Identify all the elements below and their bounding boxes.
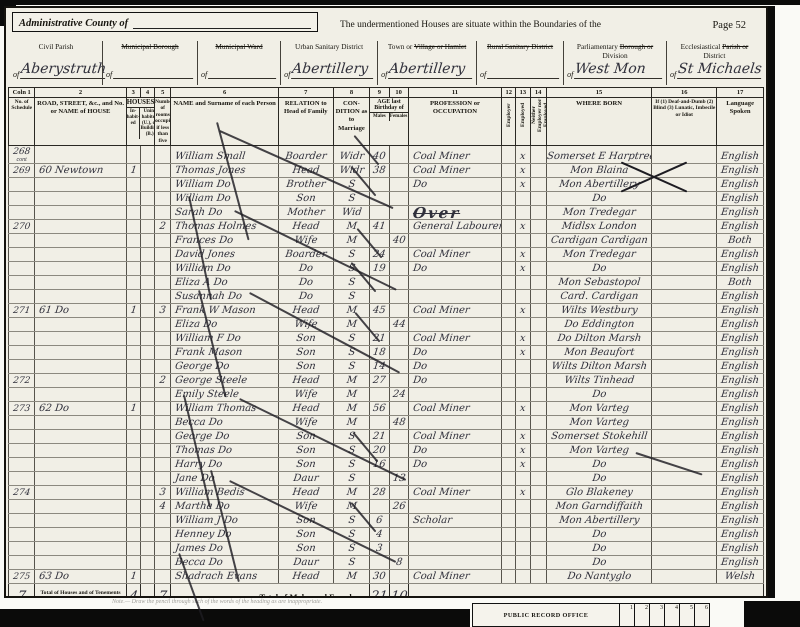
road-cell <box>35 262 126 276</box>
totals-schedule-cell: 7 <box>9 584 35 598</box>
census-row: 270 2 Thomas Holmes Head M 41 General La… <box>9 220 764 234</box>
road-cell <box>35 556 126 570</box>
age-female-cell <box>389 220 408 234</box>
inhabited-cell: 1 <box>126 402 140 416</box>
census-scan: { "page": { "admin_county_label": "Admin… <box>0 0 800 627</box>
road-cell <box>35 220 126 234</box>
occupation-cell <box>408 556 501 570</box>
employed-cell: x <box>516 178 530 192</box>
column-header-row: No. of Schedule ROAD, STREET, &c., and N… <box>9 98 764 146</box>
where-born-cell: Cardigan Cardigan <box>546 234 652 248</box>
where-born-cell: Mon Tredegar <box>546 206 652 220</box>
rooms-cell <box>155 234 171 248</box>
inhabited-cell <box>126 206 140 220</box>
infirmity-cell <box>652 262 717 276</box>
language-cell: English <box>717 514 764 528</box>
infirmity-cell <box>652 220 717 234</box>
infirmity-cell <box>652 542 717 556</box>
rooms-cell <box>155 346 171 360</box>
district-of-label: of <box>567 70 573 79</box>
totals-males-females-label: Total of Males and Females... <box>171 584 370 598</box>
name-cell: William Do <box>171 192 279 206</box>
infirmity-cell <box>652 402 717 416</box>
language-cell: Welsh <box>717 570 764 584</box>
header-relation: RELATION to Head of Family <box>278 98 333 146</box>
district-label-struck: Municipal Ward <box>215 42 262 51</box>
district-label-text: Urban Sanitary District <box>295 42 363 51</box>
employed-cell <box>516 514 530 528</box>
census-row: 4 Martha Do Wife M 26 Mon Garndiffaith E… <box>9 500 764 514</box>
occupation-cell <box>408 472 501 486</box>
language-cell: English <box>717 178 764 192</box>
infirmity-cell <box>652 556 717 570</box>
age-male-cell: 19 <box>370 262 389 276</box>
district-label: Ecclesiastical Parish or District <box>670 42 759 60</box>
condition-cell: S <box>333 290 370 304</box>
uninhabited-cell <box>140 556 154 570</box>
neither-cell <box>530 248 546 262</box>
road-cell <box>35 234 126 248</box>
occupation-cell: General Labourer <box>408 220 501 234</box>
employed-cell <box>516 192 530 206</box>
uninhabited-cell <box>140 318 154 332</box>
relation-cell: Son <box>278 528 333 542</box>
pro-scale-tick: 1 <box>619 604 634 626</box>
age-male-cell: 21 <box>370 430 389 444</box>
inhabited-cell <box>126 374 140 388</box>
inhabited-cell <box>126 500 140 514</box>
employed-cell <box>516 206 530 220</box>
infirmity-cell <box>652 570 717 584</box>
district-box: Municipal Borough of <box>102 41 197 85</box>
neither-cell <box>530 146 546 164</box>
census-row: Henney Do Son S 4 Do English <box>9 528 764 542</box>
district-label: Municipal Borough <box>106 42 194 60</box>
employed-cell: x <box>516 262 530 276</box>
inhabited-cell <box>126 528 140 542</box>
header-condition: CON-DITION as to Marriage <box>333 98 370 146</box>
rooms-cell <box>155 542 171 556</box>
rooms-cell <box>155 318 171 332</box>
relation-cell: Head <box>278 374 333 388</box>
district-label: Urban Sanitary District <box>284 42 374 60</box>
administrative-county-label: Administrative County of <box>19 18 128 29</box>
name-cell: Becca Do <box>171 416 279 430</box>
uninhabited-cell <box>140 276 154 290</box>
col-number: 10 <box>389 88 408 98</box>
road-cell <box>35 472 126 486</box>
employer-cell <box>502 514 516 528</box>
age-female-cell <box>389 248 408 262</box>
condition-cell: M <box>333 486 370 500</box>
employer-cell <box>502 402 516 416</box>
schedule-cell <box>9 290 35 304</box>
employed-cell <box>516 374 530 388</box>
relation-cell: Wife <box>278 388 333 402</box>
uninhabited-cell <box>140 234 154 248</box>
neither-cell <box>530 430 546 444</box>
uninhabited-cell <box>140 192 154 206</box>
inhabited-cell <box>126 234 140 248</box>
road-cell <box>35 458 126 472</box>
occupation-cell: Scholar <box>408 514 501 528</box>
district-box: Parliamentary Borough or Division of Wes… <box>563 41 666 85</box>
schedule-cell: 269 <box>9 164 35 178</box>
census-row: Susannah Do Do S Card. Cardigan English <box>9 290 764 304</box>
inhabited-cell <box>126 542 140 556</box>
schedule-cell <box>9 332 35 346</box>
occupation-cell <box>408 318 501 332</box>
road-cell <box>35 528 126 542</box>
employer-cell <box>502 146 516 164</box>
uninhabited-cell <box>140 388 154 402</box>
census-row: 274 3 William Bedis Head M 28 Coal Miner… <box>9 486 764 500</box>
employer-cell <box>502 318 516 332</box>
language-cell: Both <box>717 276 764 290</box>
relation-cell: Brother <box>278 178 333 192</box>
neither-cell <box>530 360 546 374</box>
neither-cell <box>530 556 546 570</box>
name-cell: David Jones <box>171 248 279 262</box>
infirmity-cell <box>652 360 717 374</box>
rooms-cell: 2 <box>155 220 171 234</box>
rooms-cell <box>155 262 171 276</box>
district-of-label: of <box>381 70 387 79</box>
where-born-cell: Glo Blakeney <box>546 486 652 500</box>
infirmity-cell <box>652 332 717 346</box>
neither-cell <box>530 486 546 500</box>
schedule-cell <box>9 192 35 206</box>
rooms-cell <box>155 472 171 486</box>
language-cell: English <box>717 332 764 346</box>
schedule-cell <box>9 472 35 486</box>
occupation-cell: Do <box>408 262 501 276</box>
language-cell: English <box>717 220 764 234</box>
schedule-cell <box>9 248 35 262</box>
age-male-cell: 40 <box>370 146 389 164</box>
schedule-cell <box>9 346 35 360</box>
uninhabited-cell <box>140 360 154 374</box>
age-male-cell <box>370 472 389 486</box>
district-of-label: of <box>106 70 112 79</box>
age-female-cell: 48 <box>389 416 408 430</box>
col-number: 7 <box>278 88 333 98</box>
age-female-cell: 44 <box>389 318 408 332</box>
employed-cell <box>516 360 530 374</box>
district-value: of St Michaels <box>670 61 759 79</box>
age-female-cell <box>389 304 408 318</box>
occupation-cell: Coal Miner <box>408 164 501 178</box>
uninhabited-cell <box>140 514 154 528</box>
language-cell: English <box>717 318 764 332</box>
relation-cell: Mother <box>278 206 333 220</box>
infirmity-cell <box>652 472 717 486</box>
age-male-cell <box>370 318 389 332</box>
inhabited-cell <box>126 192 140 206</box>
occupation-cell: Do <box>408 444 501 458</box>
census-row: 272 2 George Steele Head M 27 Do Wilts T… <box>9 374 764 388</box>
inhabited-cell <box>126 248 140 262</box>
employer-cell <box>502 164 516 178</box>
infirmity-cell <box>652 206 717 220</box>
district-box: Ecclesiastical Parish or District of St … <box>666 41 762 85</box>
language-cell: English <box>717 248 764 262</box>
inhabited-cell <box>126 514 140 528</box>
language-cell: English <box>717 430 764 444</box>
district-handwritten-value: St Michaels <box>677 61 763 79</box>
header-language: Language Spoken <box>717 98 764 146</box>
uninhabited-cell <box>140 220 154 234</box>
age-male-cell: 30 <box>370 570 389 584</box>
schedule-cell <box>9 178 35 192</box>
language-cell: English <box>717 206 764 220</box>
employer-cell <box>502 234 516 248</box>
neither-cell <box>530 388 546 402</box>
name-cell: Becca Do <box>171 556 279 570</box>
relation-cell: Head <box>278 220 333 234</box>
inhabited-cell <box>126 220 140 234</box>
header-occupation: PROFESSION or OCCUPATION <box>408 98 501 146</box>
district-of-label: of <box>13 70 19 79</box>
census-row: Emily Steele Wife M 24 Do English <box>9 388 764 402</box>
age-female-cell <box>389 374 408 388</box>
employer-cell <box>502 570 516 584</box>
road-cell <box>35 346 126 360</box>
age-female-cell <box>389 570 408 584</box>
census-row: James Do Son S 3 Do English <box>9 542 764 556</box>
infirmity-cell <box>652 234 717 248</box>
district-value: of <box>480 61 560 79</box>
age-female-cell <box>389 528 408 542</box>
neither-cell <box>530 500 546 514</box>
schedule-cell: 268 cont <box>9 146 35 164</box>
inhabited-cell <box>126 472 140 486</box>
neither-cell <box>530 304 546 318</box>
rooms-cell <box>155 444 171 458</box>
age-female-cell <box>389 262 408 276</box>
language-cell: English <box>717 458 764 472</box>
where-born-cell: Do Nantyglo <box>546 570 652 584</box>
neither-cell <box>530 570 546 584</box>
road-cell <box>35 146 126 164</box>
occupation-cell <box>408 388 501 402</box>
pro-scale-tick: 4 <box>664 604 679 626</box>
infirmity-cell <box>652 416 717 430</box>
inhabited-cell <box>126 178 140 192</box>
district-handwritten-value <box>208 61 278 79</box>
occupation-cell: Do <box>408 458 501 472</box>
district-handwritten-value: Abertillery <box>388 61 474 79</box>
schedule-cell: 270 <box>9 220 35 234</box>
occupation-cell: Coal Miner <box>408 304 501 318</box>
district-box: Urban Sanitary District of Abertillery <box>280 41 377 85</box>
road-cell <box>35 360 126 374</box>
where-born-cell: Mon Varteg <box>546 402 652 416</box>
road-cell <box>35 318 126 332</box>
where-born-cell: Mon Abertillery <box>546 514 652 528</box>
neither-cell <box>530 332 546 346</box>
neither-cell <box>530 528 546 542</box>
neither-cell <box>530 458 546 472</box>
language-cell: English <box>717 304 764 318</box>
district-label-text: Parliamentary <box>577 42 618 51</box>
district-of-label: of <box>670 70 676 79</box>
col-number: 13 <box>516 88 530 98</box>
employer-cell <box>502 542 516 556</box>
occupation-cell <box>408 416 501 430</box>
name-cell: William F Do <box>171 332 279 346</box>
road-cell <box>35 542 126 556</box>
name-cell: George Steele <box>171 374 279 388</box>
where-born-cell: Do Eddington <box>546 318 652 332</box>
uninhabited-cell <box>140 304 154 318</box>
uninhabited-cell <box>140 332 154 346</box>
district-of-label: of <box>284 70 290 79</box>
where-born-cell: Somerset Stokehill <box>546 430 652 444</box>
name-cell: Frances Do <box>171 234 279 248</box>
employer-cell <box>502 178 516 192</box>
census-row: William Do Do S 19 Do x Do English <box>9 262 764 276</box>
where-born-cell: Do <box>546 556 652 570</box>
occupation-cell <box>408 542 501 556</box>
neither-cell <box>530 164 546 178</box>
neither-cell <box>530 206 546 220</box>
where-born-cell: Mon Varteg <box>546 444 652 458</box>
schedule-cell: 275 <box>9 570 35 584</box>
condition-cell: M <box>333 570 370 584</box>
employed-cell: x <box>516 486 530 500</box>
where-born-cell: Mon Garndiffaith <box>546 500 652 514</box>
where-born-cell: Wilts Westbury <box>546 304 652 318</box>
occupation-cell: Over <box>408 206 501 220</box>
pro-stamp-scale: 123456 <box>619 604 709 626</box>
age-female-cell <box>389 192 408 206</box>
inhabited-cell: 1 <box>126 570 140 584</box>
inhabited-cell: 1 <box>126 164 140 178</box>
name-cell: Sarah Do <box>171 206 279 220</box>
uninhabited-cell <box>140 164 154 178</box>
rooms-cell <box>155 248 171 262</box>
road-cell <box>35 276 126 290</box>
relation-cell: Head <box>278 570 333 584</box>
employed-cell <box>516 388 530 402</box>
road-cell <box>35 332 126 346</box>
employed-cell: x <box>516 248 530 262</box>
occupation-cell: Coal Miner <box>408 332 501 346</box>
totals-houses-label: Total of Houses and of Tenements with le… <box>35 584 126 598</box>
district-value: of <box>106 61 194 79</box>
inhabited-cell <box>126 416 140 430</box>
header-name: NAME and Surname of each Person <box>171 98 279 146</box>
employer-cell <box>502 528 516 542</box>
age-male-cell <box>370 206 389 220</box>
inhabited-cell <box>126 486 140 500</box>
relation-cell: Son <box>278 444 333 458</box>
employer-cell <box>502 444 516 458</box>
employer-cell <box>502 346 516 360</box>
language-cell: English <box>717 192 764 206</box>
employed-cell <box>516 500 530 514</box>
where-born-cell: Midlsx London <box>546 220 652 234</box>
condition-cell: S <box>333 430 370 444</box>
district-handwritten-value: West Mon <box>574 61 664 79</box>
schedule-cell <box>9 416 35 430</box>
rooms-cell <box>155 332 171 346</box>
x-mark <box>618 156 690 196</box>
occupation-cell: Coal Miner <box>408 486 501 500</box>
inhabited-cell <box>126 276 140 290</box>
neither-cell <box>530 276 546 290</box>
occupation-cell <box>408 234 501 248</box>
district-label-struck: Rural Sanitary District <box>487 42 553 51</box>
occupation-cell: Coal Miner <box>408 248 501 262</box>
inhabited-cell <box>126 318 140 332</box>
name-cell: Eliza Do <box>171 318 279 332</box>
neither-cell <box>530 374 546 388</box>
inhabited-cell <box>126 146 140 164</box>
employed-cell: x <box>516 332 530 346</box>
district-label-text: Civil Parish <box>39 42 74 51</box>
employer-cell <box>502 332 516 346</box>
neither-cell <box>530 290 546 304</box>
infirmity-cell <box>652 290 717 304</box>
uninhabited-cell <box>140 374 154 388</box>
name-cell: James Do <box>171 542 279 556</box>
language-cell: English <box>717 486 764 500</box>
schedule-cell <box>9 318 35 332</box>
neither-cell <box>530 444 546 458</box>
district-value: of Aberystruth <box>13 61 99 79</box>
employer-cell <box>502 500 516 514</box>
col-number: 9 <box>370 88 389 98</box>
condition-cell: S <box>333 472 370 486</box>
employed-cell <box>516 318 530 332</box>
age-male-cell: 27 <box>370 374 389 388</box>
neither-cell <box>530 542 546 556</box>
schedule-cell <box>9 528 35 542</box>
employed-cell <box>516 290 530 304</box>
neither-cell <box>530 178 546 192</box>
district-label: Municipal Ward <box>201 42 277 60</box>
col-number: 2 <box>35 88 126 98</box>
infirmity-cell <box>652 514 717 528</box>
col-number: 4 <box>140 88 154 98</box>
language-cell: English <box>717 374 764 388</box>
district-value: of Abertillery <box>284 61 374 79</box>
schedule-cell <box>9 360 35 374</box>
totals-rooms-cell: 7 <box>155 584 171 598</box>
district-box: Municipal Ward of <box>197 41 280 85</box>
occupation-cell <box>408 192 501 206</box>
age-female-cell <box>389 542 408 556</box>
age-female-cell <box>389 514 408 528</box>
where-born-cell: Wilts Dilton Marsh <box>546 360 652 374</box>
where-born-cell: Mon Tredegar <box>546 248 652 262</box>
employer-cell <box>502 276 516 290</box>
inhabited-cell <box>126 430 140 444</box>
col-number: 3 <box>126 88 140 98</box>
employed-cell: x <box>516 458 530 472</box>
employer-cell <box>502 458 516 472</box>
district-label-text: District <box>704 51 726 60</box>
occupation-cell: Coal Miner <box>408 570 501 584</box>
rooms-cell <box>155 164 171 178</box>
inhabited-cell <box>126 444 140 458</box>
language-cell: English <box>717 290 764 304</box>
occupation-cell: Do <box>408 346 501 360</box>
district-boxes: Civil Parish of Aberystruth Municipal Bo… <box>10 41 762 85</box>
district-label: Rural Sanitary District <box>480 42 560 60</box>
